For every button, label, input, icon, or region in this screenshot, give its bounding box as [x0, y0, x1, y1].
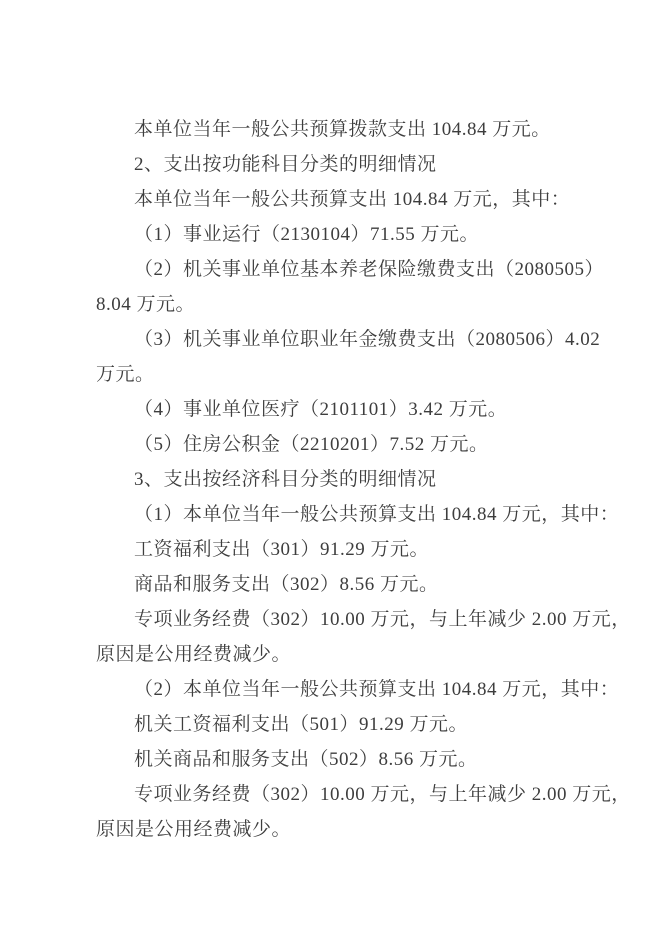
text-line: 专项业务经费（302）10.00 万元，与上年减少 2.00 万元，	[96, 777, 570, 812]
paragraph: （1）本单位当年一般公共预算支出 104.84 万元，其中：	[96, 497, 570, 532]
paragraph: 商品和服务支出（302）8.56 万元。	[96, 567, 570, 602]
text-line: （2）机关事业单位基本养老保险缴费支出（2080505）	[96, 252, 570, 287]
text-line: 本单位当年一般公共预算支出 104.84 万元，其中：	[96, 182, 570, 217]
paragraph: 机关商品和服务支出（502）8.56 万元。	[96, 742, 570, 777]
text-line: 专项业务经费（302）10.00 万元，与上年减少 2.00 万元，	[96, 602, 570, 637]
paragraph: 工资福利支出（301）91.29 万元。	[96, 532, 570, 567]
paragraph: 专项业务经费（302）10.00 万元，与上年减少 2.00 万元，原因是公用经…	[96, 777, 570, 847]
document-content: 本单位当年一般公共预算拨款支出 104.84 万元。2、支出按功能科目分类的明细…	[96, 112, 570, 847]
text-line: 本单位当年一般公共预算拨款支出 104.84 万元。	[96, 112, 570, 147]
paragraph: 专项业务经费（302）10.00 万元，与上年减少 2.00 万元，原因是公用经…	[96, 602, 570, 672]
paragraph: 本单位当年一般公共预算拨款支出 104.84 万元。	[96, 112, 570, 147]
paragraph: （1）事业运行（2130104）71.55 万元。	[96, 217, 570, 252]
text-line: （1）本单位当年一般公共预算支出 104.84 万元，其中：	[96, 497, 570, 532]
text-line: （5）住房公积金（2210201）7.52 万元。	[96, 427, 570, 462]
text-line: （3）机关事业单位职业年金缴费支出（2080506）4.02	[96, 322, 570, 357]
paragraph: （5）住房公积金（2210201）7.52 万元。	[96, 427, 570, 462]
paragraph: 3、支出按经济科目分类的明细情况	[96, 462, 570, 497]
text-line: （1）事业运行（2130104）71.55 万元。	[96, 217, 570, 252]
document-page: 本单位当年一般公共预算拨款支出 104.84 万元。2、支出按功能科目分类的明细…	[0, 0, 662, 936]
paragraph: 机关工资福利支出（501）91.29 万元。	[96, 707, 570, 742]
text-line: 商品和服务支出（302）8.56 万元。	[96, 567, 570, 602]
text-line: （4）事业单位医疗（2101101）3.42 万元。	[96, 392, 570, 427]
paragraph: 2、支出按功能科目分类的明细情况	[96, 147, 570, 182]
text-line: 3、支出按经济科目分类的明细情况	[96, 462, 570, 497]
text-line: （2）本单位当年一般公共预算支出 104.84 万元，其中：	[96, 672, 570, 707]
text-line: 8.04 万元。	[96, 287, 570, 322]
paragraph: 本单位当年一般公共预算支出 104.84 万元，其中：	[96, 182, 570, 217]
text-line: 2、支出按功能科目分类的明细情况	[96, 147, 570, 182]
text-line: 原因是公用经费减少。	[96, 637, 570, 672]
text-line: 万元。	[96, 357, 570, 392]
text-line: 原因是公用经费减少。	[96, 812, 570, 847]
paragraph: （2）本单位当年一般公共预算支出 104.84 万元，其中：	[96, 672, 570, 707]
text-line: 机关工资福利支出（501）91.29 万元。	[96, 707, 570, 742]
paragraph: （3）机关事业单位职业年金缴费支出（2080506）4.02万元。	[96, 322, 570, 392]
text-line: 工资福利支出（301）91.29 万元。	[96, 532, 570, 567]
paragraph: （4）事业单位医疗（2101101）3.42 万元。	[96, 392, 570, 427]
text-line: 机关商品和服务支出（502）8.56 万元。	[96, 742, 570, 777]
paragraph: （2）机关事业单位基本养老保险缴费支出（2080505）8.04 万元。	[96, 252, 570, 322]
